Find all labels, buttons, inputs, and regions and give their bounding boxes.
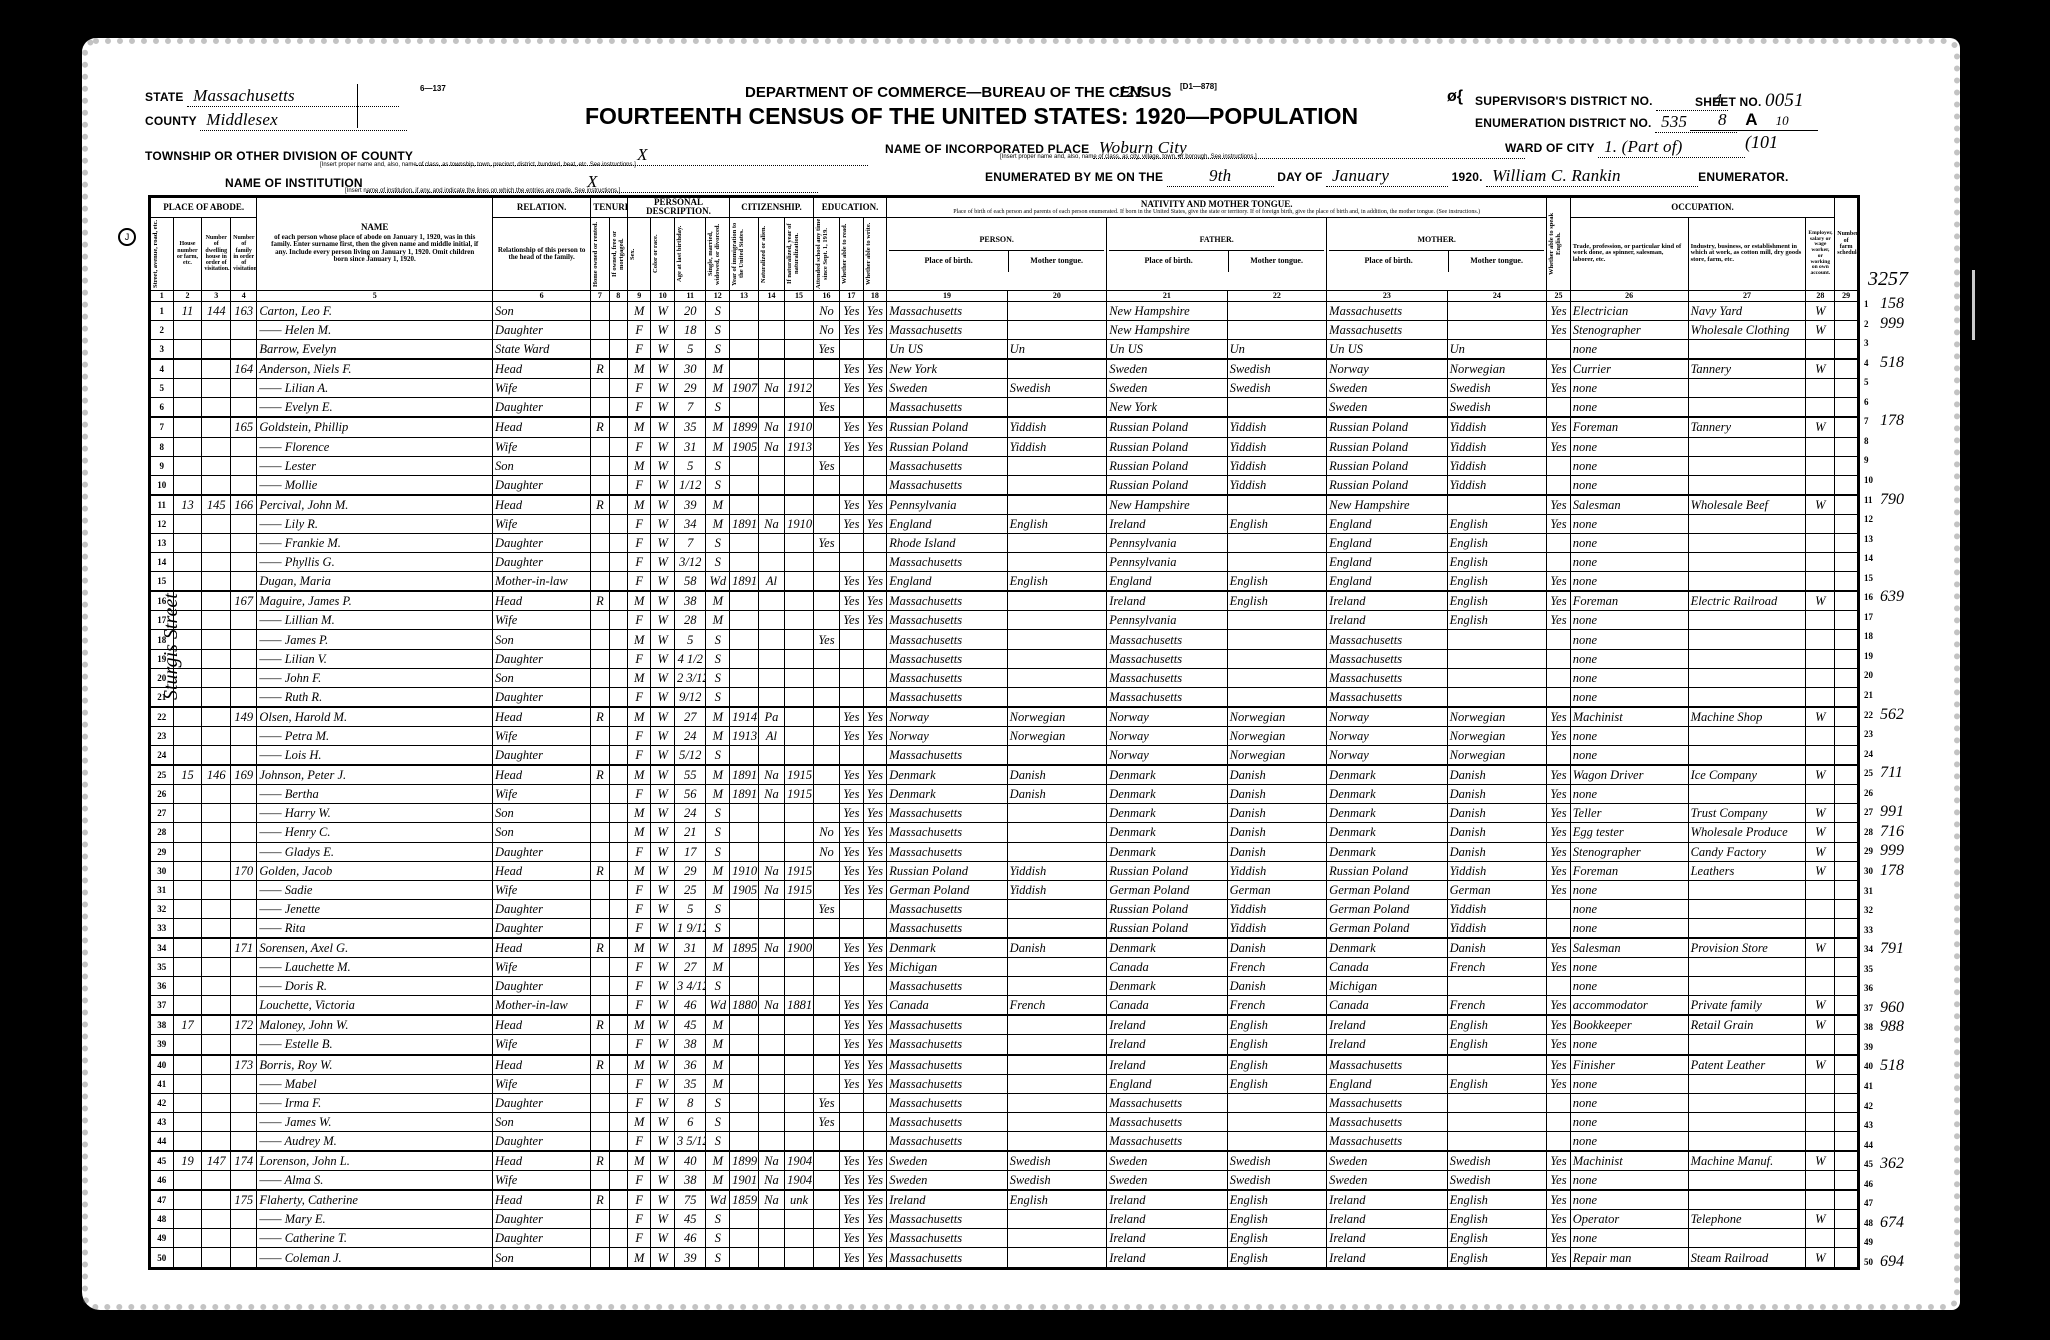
cell-mort — [609, 340, 627, 360]
cell-marital: M — [706, 1151, 730, 1171]
cell-read: Yes — [840, 958, 864, 977]
cell-fpob: New Hampshire — [1107, 320, 1227, 339]
cell-mtongue: Swedish — [1447, 1151, 1547, 1171]
cell-ftongue: Norwegian — [1227, 746, 1327, 766]
cell-trade: Wagon Driver — [1570, 765, 1688, 785]
cell-class: W — [1806, 804, 1835, 823]
cell-mort — [609, 1171, 627, 1191]
cell-dwelling — [202, 1190, 231, 1210]
cell-write: Yes — [863, 1248, 887, 1268]
cell-mpob: German Poland — [1327, 880, 1447, 899]
cell-home — [591, 918, 609, 938]
cell-school — [813, 1229, 839, 1248]
column-number: 26 — [1570, 290, 1688, 301]
cell-age: 24 — [675, 726, 706, 745]
row-number: 47 — [150, 1190, 174, 1210]
cell-name: —— Catherine T. — [257, 1229, 493, 1248]
cell-family — [231, 1093, 257, 1112]
cell-family — [231, 1074, 257, 1093]
cell-home: R — [591, 591, 609, 611]
cell-industry: Leathers — [1688, 861, 1806, 880]
cell-family — [231, 514, 257, 533]
cell-mpob: Russian Poland — [1327, 417, 1447, 437]
cell-dwelling — [202, 804, 231, 823]
cell-race: W — [651, 1171, 675, 1191]
cell-relation: Head — [493, 495, 591, 515]
cell-school — [813, 1055, 839, 1075]
cell-mort — [609, 1112, 627, 1131]
cell-natyr — [785, 746, 814, 766]
cell-mpob: Massachusetts — [1327, 668, 1447, 687]
cell-marital: M — [706, 359, 730, 379]
right-row-number: 46 — [1864, 1179, 1873, 1189]
cell-age: 45 — [675, 1015, 706, 1035]
cell-dwelling: 146 — [202, 765, 231, 785]
row-number: 14 — [150, 553, 174, 572]
cell-race: W — [651, 668, 675, 687]
cell-relation: Head — [493, 938, 591, 958]
cell-fpob: Russian Poland — [1107, 417, 1227, 437]
cell-eng: Yes — [1547, 958, 1571, 977]
cell-class — [1806, 1190, 1835, 1210]
cell-nat: Na — [758, 765, 784, 785]
cell-read: Yes — [840, 514, 864, 533]
cell-mtongue: Danish — [1447, 804, 1547, 823]
cell-pob: Massachusetts — [887, 301, 1007, 320]
row-number: 44 — [150, 1131, 174, 1151]
cell-family — [231, 553, 257, 572]
cell-dwelling: 144 — [202, 301, 231, 320]
cell-industry — [1688, 340, 1806, 360]
cell-tongue — [1007, 1131, 1107, 1151]
cell-pob: Russian Poland — [887, 861, 1007, 880]
cell-industry — [1688, 534, 1806, 553]
cell-race: W — [651, 417, 675, 437]
table-row: 13—— Frankie M.DaughterFW7SYesRhode Isla… — [150, 534, 1859, 553]
cell-tongue: Swedish — [1007, 1171, 1107, 1191]
column-number: 25 — [1547, 290, 1571, 301]
cell-dwelling: 147 — [202, 1151, 231, 1171]
cell-ftongue: Yiddish — [1227, 437, 1327, 456]
table-row: 34171Sorensen, Axel G.HeadRMW31M1895Na19… — [150, 938, 1859, 958]
enumerated-label: ENUMERATED BY ME ON THE — [985, 170, 1163, 184]
column-number: 23 — [1327, 290, 1447, 301]
cell-mpob: Denmark — [1327, 938, 1447, 958]
cell-imm — [730, 591, 759, 611]
cell-dwelling — [202, 746, 231, 766]
enumerated-field: ENUMERATED BY ME ON THE 9th DAY OF Janua… — [985, 166, 1789, 187]
cell-dwelling — [202, 668, 231, 687]
cell-mpob: Canada — [1327, 996, 1447, 1016]
cell-house — [173, 340, 202, 360]
cell-natyr — [785, 899, 814, 918]
cell-nat — [758, 456, 784, 475]
cell-mort — [609, 668, 627, 687]
cell-pob: Michigan — [887, 958, 1007, 977]
cell-school: Yes — [813, 456, 839, 475]
cell-mpob: Ireland — [1327, 1210, 1447, 1229]
cell-fpob: Massachusetts — [1107, 1093, 1227, 1112]
right-row-number: 7 — [1864, 416, 1869, 426]
cell-mtongue: French — [1447, 996, 1547, 1016]
cell-marital: S — [706, 668, 730, 687]
cell-trade: none — [1570, 553, 1688, 572]
cell-school: Yes — [813, 899, 839, 918]
cell-farm — [1835, 572, 1859, 592]
header-mortgaged: If owned, free or mortgaged. — [612, 218, 626, 290]
cell-race: W — [651, 437, 675, 456]
cell-mpob: Denmark — [1327, 823, 1447, 842]
cell-trade: none — [1570, 649, 1688, 668]
cell-farm — [1835, 977, 1859, 996]
cell-write: Yes — [863, 1015, 887, 1035]
cell-home — [591, 977, 609, 996]
cell-mort — [609, 398, 627, 418]
cell-mtongue: English — [1447, 553, 1547, 572]
cell-class: W — [1806, 1015, 1835, 1035]
cell-school: Yes — [813, 1112, 839, 1131]
cell-name: Olsen, Harold M. — [257, 707, 493, 727]
cell-age: 18 — [675, 320, 706, 339]
cell-fpob: Canada — [1107, 996, 1227, 1016]
cell-dwelling — [202, 880, 231, 899]
cell-trade: none — [1570, 1171, 1688, 1191]
cell-imm — [730, 918, 759, 938]
column-number: 15 — [785, 290, 814, 301]
cell-mpob: Russian Poland — [1327, 456, 1447, 475]
cell-dwelling — [202, 591, 231, 611]
cell-fpob: Ireland — [1107, 1035, 1227, 1055]
cell-marital: M — [706, 495, 730, 515]
cell-marital: M — [706, 591, 730, 611]
cell-nat — [758, 1131, 784, 1151]
cell-marital: S — [706, 1229, 730, 1248]
cell-tongue — [1007, 630, 1107, 649]
cell-imm: 1899 — [730, 417, 759, 437]
cell-class — [1806, 572, 1835, 592]
cell-race: W — [651, 514, 675, 533]
cell-name: Anderson, Niels F. — [257, 359, 493, 379]
table-row: 20—— John F.SonMW2 3/12SMassachusettsMas… — [150, 668, 1859, 687]
cell-family — [231, 1112, 257, 1131]
cell-marital: M — [706, 611, 730, 630]
cell-dwelling — [202, 1210, 231, 1229]
table-row: 26—— BerthaWifeFW56M1891Na1915YesYesDenm… — [150, 785, 1859, 804]
cell-imm — [730, 842, 759, 861]
cell-tongue: Yiddish — [1007, 880, 1107, 899]
right-row-number: 3 — [1864, 338, 1869, 348]
cell-family — [231, 437, 257, 456]
cell-imm: 1891 — [730, 572, 759, 592]
cell-race: W — [651, 996, 675, 1016]
cell-imm: 1891 — [730, 765, 759, 785]
cell-mort — [609, 1055, 627, 1075]
column-number: 24 — [1447, 290, 1547, 301]
cell-natyr — [785, 611, 814, 630]
cell-eng: Yes — [1547, 437, 1571, 456]
header-tenure: TENURE. — [591, 197, 628, 218]
cell-house — [173, 899, 202, 918]
cell-class — [1806, 1131, 1835, 1151]
cell-eng: Yes — [1547, 880, 1571, 899]
row-number: 29 — [150, 842, 174, 861]
cell-ftongue — [1227, 320, 1327, 339]
table-row: 12—— Lily R.WifeFW34M1891Na1910YesYesEng… — [150, 514, 1859, 533]
cell-tongue — [1007, 746, 1107, 766]
enumerated-day: 9th — [1167, 166, 1274, 187]
cell-pob: Massachusetts — [887, 842, 1007, 861]
cell-mpob: Sweden — [1327, 1171, 1447, 1191]
cell-imm: 1905 — [730, 880, 759, 899]
cell-trade: Foreman — [1570, 591, 1688, 611]
cell-nat: Al — [758, 572, 784, 592]
right-row-number: 14 — [1864, 553, 1873, 563]
cell-natyr — [785, 534, 814, 553]
cell-school: Yes — [813, 1093, 839, 1112]
cell-mtongue — [1447, 1055, 1547, 1075]
cell-race: W — [651, 861, 675, 880]
cell-age: 40 — [675, 1151, 706, 1171]
cell-write: Yes — [863, 1151, 887, 1171]
cell-write: Yes — [863, 1210, 887, 1229]
cell-family: 166 — [231, 495, 257, 515]
cell-dwelling — [202, 379, 231, 398]
cell-nat — [758, 301, 784, 320]
cell-pob: Norway — [887, 707, 1007, 727]
cell-mtongue: German — [1447, 880, 1547, 899]
row-number: 36 — [150, 977, 174, 996]
cell-age: 5 — [675, 899, 706, 918]
cell-dwelling — [202, 842, 231, 861]
cell-sex: M — [627, 1055, 651, 1075]
cell-class — [1806, 1171, 1835, 1191]
cell-class: W — [1806, 1248, 1835, 1268]
cell-class — [1806, 553, 1835, 572]
row-number: 25 — [150, 765, 174, 785]
cell-dwelling — [202, 456, 231, 475]
cell-ftongue — [1227, 668, 1327, 687]
cell-mpob: German Poland — [1327, 918, 1447, 938]
cell-sex: F — [627, 437, 651, 456]
cell-name: —— Estelle B. — [257, 1035, 493, 1055]
cell-mtongue: French — [1447, 958, 1547, 977]
cell-house — [173, 918, 202, 938]
cell-sex: M — [627, 1015, 651, 1035]
cell-natyr — [785, 842, 814, 861]
cell-mort — [609, 823, 627, 842]
cell-family: 172 — [231, 1015, 257, 1035]
table-row: 36—— Doris R.DaughterFW3 4/12SMassachuse… — [150, 977, 1859, 996]
table-row: 15Dugan, MariaMother-in-lawFW58Wd1891AlY… — [150, 572, 1859, 592]
cell-marital: M — [706, 938, 730, 958]
cell-sex: M — [627, 938, 651, 958]
cell-name: —— Florence — [257, 437, 493, 456]
cell-class: W — [1806, 301, 1835, 320]
cell-relation: Wife — [493, 379, 591, 398]
cell-marital: S — [706, 398, 730, 418]
page-title: FOURTEENTH CENSUS OF THE UNITED STATES: … — [585, 103, 1358, 130]
cell-tongue: Yiddish — [1007, 437, 1107, 456]
cell-eng: Yes — [1547, 1151, 1571, 1171]
cell-nat: Na — [758, 417, 784, 437]
cell-relation: Wife — [493, 958, 591, 977]
cell-school — [813, 611, 839, 630]
cell-relation: Son — [493, 668, 591, 687]
cell-trade: none — [1570, 475, 1688, 495]
cell-farm — [1835, 842, 1859, 861]
column-number: 27 — [1688, 290, 1806, 301]
cell-trade: none — [1570, 958, 1688, 977]
cell-pob: Massachusetts — [887, 591, 1007, 611]
cell-age: 5 — [675, 456, 706, 475]
cell-family — [231, 918, 257, 938]
cell-tongue — [1007, 899, 1107, 918]
table-row: 14—— Phyllis G.DaughterFW3/12SMassachuse… — [150, 553, 1859, 572]
right-row-number: 47 — [1864, 1198, 1873, 1208]
cell-nat — [758, 534, 784, 553]
cell-marital: Wd — [706, 572, 730, 592]
right-row-number: 36 — [1864, 983, 1873, 993]
cell-relation: Head — [493, 1151, 591, 1171]
cell-name: Percival, John M. — [257, 495, 493, 515]
cell-industry — [1688, 1229, 1806, 1248]
cell-imm: 1880 — [730, 996, 759, 1016]
cell-eng: Yes — [1547, 726, 1571, 745]
right-margin-note: 562 — [1880, 706, 1904, 724]
cell-farm — [1835, 1055, 1859, 1075]
cell-natyr: unk — [785, 1190, 814, 1210]
cell-sex: M — [627, 301, 651, 320]
cell-family — [231, 785, 257, 804]
cell-farm — [1835, 746, 1859, 766]
column-number: 1 — [150, 290, 174, 301]
cell-family — [231, 958, 257, 977]
cell-farm — [1835, 823, 1859, 842]
cell-nat: Na — [758, 1190, 784, 1210]
header-employer-class: Employer, salary or wage worker, or work… — [1806, 217, 1835, 290]
right-margin-note: 716 — [1880, 823, 1904, 841]
cell-read — [840, 1112, 864, 1131]
cell-mort — [609, 417, 627, 437]
cell-race: W — [651, 707, 675, 727]
state-label: STATE — [145, 90, 184, 104]
cell-relation: Daughter — [493, 553, 591, 572]
cell-dwelling — [202, 958, 231, 977]
cell-house — [173, 437, 202, 456]
cell-dwelling — [202, 359, 231, 379]
table-row: 4519147174Lorenson, John L.HeadRMW40M189… — [150, 1151, 1859, 1171]
right-row-number: 35 — [1864, 964, 1873, 974]
enumerator-label: ENUMERATOR. — [1698, 170, 1788, 184]
cell-dwelling — [202, 398, 231, 418]
cell-school — [813, 765, 839, 785]
cell-industry — [1688, 398, 1806, 418]
cell-farm — [1835, 880, 1859, 899]
cell-class — [1806, 880, 1835, 899]
cell-industry: Tannery — [1688, 359, 1806, 379]
cell-ftongue: French — [1227, 958, 1327, 977]
header-marital: Single, married, widowed, or divorced. — [708, 218, 722, 290]
cell-sex: F — [627, 514, 651, 533]
cell-age: 7 — [675, 398, 706, 418]
cell-farm — [1835, 804, 1859, 823]
cell-industry — [1688, 1093, 1806, 1112]
cell-fpob: England — [1107, 1074, 1227, 1093]
column-number: 13 — [730, 290, 759, 301]
right-row-number: 40 — [1864, 1061, 1873, 1071]
cell-house — [173, 417, 202, 437]
cell-ftongue: English — [1227, 1055, 1327, 1075]
cell-mpob: German Poland — [1327, 899, 1447, 918]
cell-mtongue: English — [1447, 611, 1547, 630]
cell-ftongue: Danish — [1227, 804, 1327, 823]
cell-race: W — [651, 1190, 675, 1210]
cell-mort — [609, 1210, 627, 1229]
cell-race: W — [651, 899, 675, 918]
cell-industry — [1688, 746, 1806, 766]
cell-sex: M — [627, 861, 651, 880]
cell-class — [1806, 726, 1835, 745]
cell-read: Yes — [840, 1190, 864, 1210]
cell-natyr — [785, 918, 814, 938]
cell-race: W — [651, 842, 675, 861]
cell-natyr — [785, 726, 814, 745]
cell-relation: Wife — [493, 611, 591, 630]
cell-house — [173, 534, 202, 553]
cell-read — [840, 687, 864, 707]
cell-family: 167 — [231, 591, 257, 611]
cell-name: Louchette, Victoria — [257, 996, 493, 1016]
cell-relation: Head — [493, 359, 591, 379]
cell-nat: Al — [758, 726, 784, 745]
cell-age: 56 — [675, 785, 706, 804]
cell-write — [863, 398, 887, 418]
cell-name: Johnson, Peter J. — [257, 765, 493, 785]
cell-read: Yes — [840, 359, 864, 379]
cell-write: Yes — [863, 1171, 887, 1191]
cell-relation: Wife — [493, 514, 591, 533]
cell-sex: F — [627, 553, 651, 572]
cell-pob: Canada — [887, 996, 1007, 1016]
cell-mtongue — [1447, 668, 1547, 687]
cell-tongue — [1007, 1015, 1107, 1035]
cell-class: W — [1806, 591, 1835, 611]
cell-class: W — [1806, 1210, 1835, 1229]
cell-read: Yes — [840, 707, 864, 727]
right-row-number: 31 — [1864, 886, 1873, 896]
cell-imm — [730, 977, 759, 996]
cell-race: W — [651, 359, 675, 379]
cell-pob: Massachusetts — [887, 456, 1007, 475]
cell-mtongue: Norwegian — [1447, 707, 1547, 727]
cell-mort — [609, 880, 627, 899]
cell-tongue — [1007, 918, 1107, 938]
cell-industry: Retail Grain — [1688, 1015, 1806, 1035]
cell-family: 174 — [231, 1151, 257, 1171]
cell-mtongue: English — [1447, 591, 1547, 611]
cell-read — [840, 918, 864, 938]
row-number: 22 — [150, 707, 174, 727]
table-row: 39—— Estelle B.WifeFW38MYesYesMassachuse… — [150, 1035, 1859, 1055]
cell-farm — [1835, 456, 1859, 475]
cell-trade: none — [1570, 437, 1688, 456]
table-row: 5—— Lilian A.WifeFW29M1907Na1912YesYesSw… — [150, 379, 1859, 398]
cell-trade: Foreman — [1570, 417, 1688, 437]
cell-name: Dugan, Maria — [257, 572, 493, 592]
cell-race: W — [651, 591, 675, 611]
cell-mtongue: English — [1447, 1074, 1547, 1093]
cell-marital: Wd — [706, 996, 730, 1016]
